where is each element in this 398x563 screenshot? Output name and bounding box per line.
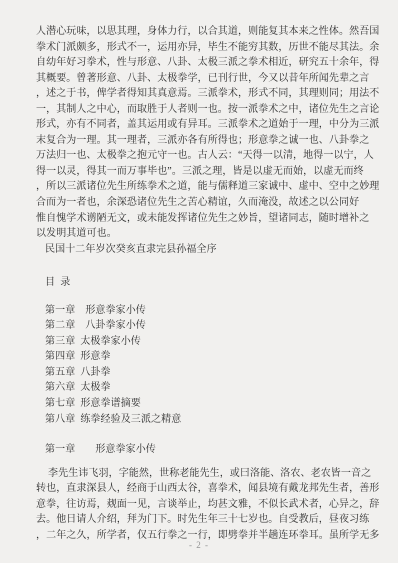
toc-chapter-title: 形意拳谱摘要 [80,398,141,409]
toc-chapter-title: 练拳经验及三派之精意 [80,414,181,425]
table-of-contents: 第一章形意拳家小传 第二章八卦拳家小传 第三章太极拳家小传 第四章形意拳 第五章… [36,303,370,427]
preface-signature: 民国十二年岁次癸亥直隶完县孙福全序 [36,242,370,258]
toc-item: 第八章练拳经验及三派之精意 [36,412,370,428]
toc-item: 第五章八卦拳 [36,365,370,381]
chapter-heading-title: 形意拳家小传 [95,444,156,455]
toc-chapter-number: 第六章 [45,382,75,393]
preface-line: 一，其制人之中心，而取胜于人者则一也。按一派拳术之中，诸位先生之言论 [36,102,370,118]
toc-title: 目 录 [36,275,370,291]
body-line: 去。他日请人介绍，拜为门下。时先生年三十七岁也。自受教后，昼夜习练 [36,512,370,528]
toc-chapter-title: 太极拳家小传 [80,336,141,347]
toc-item: 第四章形意拳 [36,349,370,365]
preface-line: ，述之于书，俾学者得知其真意焉。三派拳术，形式不同，其理则同；用法不 [36,86,370,102]
chapter-heading: 第一章形意拳家小传 [36,442,370,458]
toc-item: 第二章八卦拳家小传 [36,318,370,334]
preface-line: 万法归一也、太极拳之抱元守一也。古人云：“天得一以清，地得一以宁，人 [36,148,370,164]
preface-line: 自幼年好习拳术，性与形意、八卦、太极三派之拳术相近，研究五十余年，得 [36,55,370,71]
preface-line: 形式，亦有不同者，盖其运用或有异耳。三派拳术之道始于一理，中分为三派 [36,117,370,133]
toc-chapter-number: 第三章 [45,336,75,347]
preface-line: ，所以三派诸位先生所练拳术之道，能与儒释道三家诚中、虚中、空中之妙理 [36,179,370,195]
body-line: 转也，直隶深县人，经商于山西太谷，喜拳术，闻县境有戴龙邦先生者，善形 [36,481,370,497]
preface-paragraph: 人潜心玩味，以思其理，身体力行，以合其道，则能复其本来之性体。然吾国 拳术门派颇… [36,24,370,257]
preface-line: 人潜心玩味，以思其理，身体力行，以合其道，则能复其本来之性体。然吾国 [36,24,370,40]
toc-item: 第一章形意拳家小传 [36,303,370,319]
toc-item: 第三章太极拳家小传 [36,334,370,350]
toc-chapter-title: 形意拳 [80,351,110,362]
preface-line: 惟自愧学术谫陋无文，或未能发挥诸位先生之妙旨，望诸同志，随时增补之 [36,211,370,227]
toc-chapter-title: 八卦拳 [80,367,110,378]
preface-line: 拳术门派颇多，形式不一，运用亦异，毕生不能穷其数，历世不能尽其法。余 [36,40,370,56]
toc-chapter-title: 形意拳家小传 [85,305,146,316]
preface-line: 得一以灵，得其一而万事毕也”。三派之理，皆是以虚无而始，以虚无而终 [36,164,370,180]
toc-chapter-number: 第五章 [45,367,75,378]
chapter-body-paragraph: 李先生讳飞羽，字能然，世称老能先生，或曰洛能、洛农、老农皆一音之 转也，直隶深县… [36,466,370,544]
body-line: 意拳，往访焉，觌面一见，言谈举止，均甚文雅，不似长武术者，心异之，辞 [36,497,370,513]
toc-item: 第七章形意拳谱摘要 [36,396,370,412]
preface-line: 末复合为一理。其一理者，三派亦各有所得也；形意拳之诚一也、八卦拳之 [36,133,370,149]
page-number: - 2 - [0,540,398,550]
toc-chapter-title: 八卦拳家小传 [85,320,146,331]
preface-line: 以发明其道可也。 [36,226,370,242]
toc-chapter-number: 第八章 [45,414,75,425]
toc-chapter-title: 太极拳 [80,382,110,393]
toc-chapter-number: 第七章 [45,398,75,409]
toc-item: 第六章太极拳 [36,380,370,396]
toc-chapter-number: 第一章 [45,305,75,316]
chapter-heading-number: 第一章 [45,444,75,455]
page-content: 人潜心玩味，以思其理，身体力行，以合其道，则能复其本来之性体。然吾国 拳术门派颇… [36,24,370,543]
book-page: 人潜心玩味，以思其理，身体力行，以合其道，则能复其本来之性体。然吾国 拳术门派颇… [0,0,398,563]
body-line: 李先生讳飞羽，字能然，世称老能先生，或曰洛能、洛农、老农皆一音之 [36,466,370,482]
toc-chapter-number: 第四章 [45,351,75,362]
toc-chapter-number: 第二章 [45,320,75,331]
preface-line: 合而为一者也，余深恐诸位先生之苦心精谊，久而淹没，故述之以公同好 [36,195,370,211]
preface-line: 其概要。曾著形意、八卦、太极拳学，已刊行世，今又以昔年所闻先辈之言 [36,71,370,87]
